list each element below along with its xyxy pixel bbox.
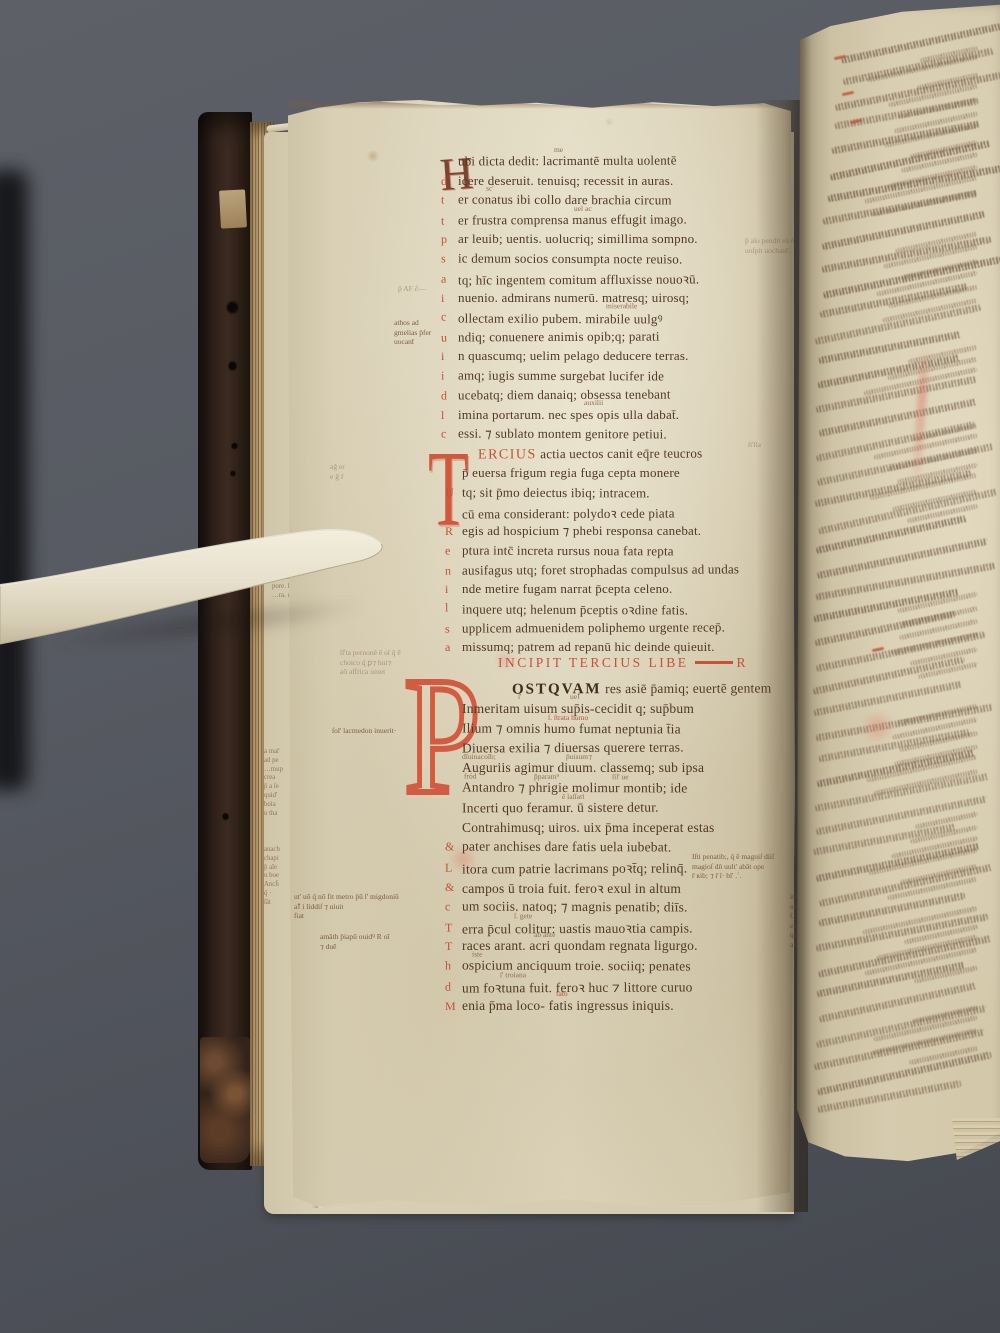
verse-line: hospicium anciquum troie. sociiq; penate…	[462, 958, 691, 975]
verse-line: linquere utq; helenum p̄ceptis oꝛdine fa…	[462, 600, 688, 619]
interlinear-gloss: p̄param⁹	[534, 771, 559, 780]
margin-gloss: athos adgmelias p̄feruocant̄	[394, 318, 431, 347]
versal-letter: L	[445, 861, 453, 876]
verse-line: Auguriis agimur diuum. classemq; sub ips…	[462, 760, 704, 776]
verse-line: inde metire fugam narrat p̄cepta celeno.	[462, 581, 672, 597]
spine-label-patch	[219, 189, 247, 228]
verse-line: ubi dicta dedit: lacrimantē multa uolent…	[458, 153, 677, 170]
wormhole	[231, 442, 238, 450]
verse-text: erra p̄cul colitur: uastis mauoꝛtia camp…	[462, 920, 693, 936]
verse-text: ndiq; conuenere animis opib;q; parati	[458, 328, 660, 344]
verse-line: OSTQVAM res asiē p̄amiq; euertē gentem	[512, 680, 771, 698]
left-page-browned-top-edge	[290, 100, 793, 109]
interlinear-gloss: ſ. ſtrata humo	[548, 712, 588, 721]
verse-text: campos ū troia fuit. feroꝛ exul in altum	[462, 881, 681, 896]
rubric-incipit: INCIPIT TERCIUS LIBER	[498, 655, 748, 671]
versal-letter: t	[441, 192, 445, 207]
versal-letter: i	[441, 349, 445, 364]
verse-line: Traces arant. acri quondam regnata ligur…	[462, 938, 698, 954]
verse-line: sic demum socios consumpta nocte reuiso.	[458, 250, 682, 267]
verse-line: dum foꝛtuna fuit. feroꝛ huc ⁊ littore cu…	[462, 977, 693, 996]
verse-text: tq; sit p̄mo deiectus ibiq; intracem.	[462, 484, 650, 500]
verse-line: Regis ad hospicium ⁊ phebi responsa cane…	[462, 523, 701, 539]
interlinear-gloss: miserabile	[606, 301, 637, 310]
verse-text: um foꝛtuna fuit. feroꝛ huc ⁊ littore cur…	[462, 979, 693, 995]
versal-letter: d	[445, 980, 451, 995]
margin-gloss: amāth p̄iapū ouidꝰ R oī⁊ duē	[320, 932, 390, 951]
verse-text: essi. ⁊ sublato montem genitore petiui.	[458, 426, 667, 442]
versal-letter: i	[441, 291, 445, 306]
verse-line: collectam exilio pubem. mirabile uulgꝰmi…	[458, 309, 663, 328]
verse-text: res asiē p̄amiq; euertē gentem	[602, 680, 772, 696]
interlinear-gloss: ueꝉ	[570, 692, 580, 701]
verse-text: ic demum socios consumpta nocte reuiso.	[458, 250, 682, 266]
verse-line: ERCIUS actia uectos canit eq̄re teucros	[478, 446, 702, 464]
interlinear-gloss: dīuinacoīb;	[462, 752, 496, 761]
interlinear-gloss: fród	[464, 771, 477, 780]
versal-letter: u	[441, 330, 447, 345]
verse-line: ducebatq; diem danaiq; obsessa tenebant	[458, 387, 671, 404]
display-capitals: OSTQVAM	[512, 681, 602, 697]
versal-letter: p	[441, 232, 447, 247]
versal-letter: e	[445, 543, 451, 558]
rubric-line-filler	[695, 661, 733, 664]
versal-letter: T	[445, 920, 453, 935]
versal-letter: M	[445, 999, 456, 1014]
manuscript-photo: …oīeue…gsarlegendiſ…rl- Supore. ſ…ra. ua…	[0, 0, 1000, 1333]
verse-text: actia uectos canit eq̄re teucros	[537, 446, 703, 462]
verse-line: eptura intc̄ increta rursus noua fata re…	[462, 542, 674, 559]
verse-text: tq; hīc ingentem comitum affluxisse nouo…	[458, 271, 699, 287]
verse-text: itora cum patrie lacrimans poꝛt̄q; relin…	[462, 861, 687, 877]
versal-letter: &	[445, 840, 455, 855]
verse-text: ucebatq; diem danaiq; obsessa tenebant	[458, 387, 671, 403]
spine-damage	[200, 1037, 250, 1163]
versal-letter: t	[441, 213, 445, 228]
rubric-text: INCIPIT TERCIUS LIBE	[498, 655, 689, 670]
versal-letter: c	[441, 426, 447, 441]
verse-line: nausifagus utq; foret strophadas compuls…	[462, 561, 739, 578]
verse-text: missumq; patrem ad repanū hic deinde qui…	[462, 639, 715, 654]
verse-line: amissumq; patrem ad repanū hic deinde qu…	[462, 639, 715, 655]
margin-gloss: ag̃ ere g̃ f	[330, 462, 345, 481]
interlinear-gloss: ſ'	[518, 692, 521, 701]
background-shadow-object	[0, 170, 28, 790]
verse-line: Utq; sit p̄mo deiectus ibiq; intracem.	[462, 484, 650, 501]
interlinear-gloss: p̄uisum⁊	[566, 752, 592, 761]
interlinear-gloss: ſ' troiana	[500, 970, 526, 979]
stain	[366, 150, 380, 162]
versal-letter: T	[445, 939, 453, 954]
wormhole	[226, 300, 239, 315]
verse-line: Contrahimusq; uiros. uix p̄ma inceperat …	[462, 820, 715, 836]
versal-letter: i	[445, 582, 449, 597]
wormhole	[222, 812, 229, 821]
interlinear-gloss: ē laſſari	[562, 791, 585, 800]
verse-text: n quascumq; uelim pelago deducere terras…	[458, 348, 689, 363]
interlinear-gloss: ab ante	[534, 930, 555, 939]
verse-text: nde metire fugam narrat p̄cepta celeno.	[462, 581, 672, 596]
stain	[604, 118, 614, 126]
verse-text: ausifagus utq; foret strophadas compulsu…	[462, 561, 739, 577]
interlinear-gloss: me	[554, 145, 563, 154]
versal-letter: h	[445, 959, 451, 974]
versal-letter: a	[445, 640, 451, 655]
verse-text: ospicium anciquum troie. sociiq; penates	[462, 958, 691, 974]
verse-line: Menia p̄ma loco- fatis ingressus iniquis…	[462, 998, 674, 1014]
verse-text: amq; iugis summe surgebat lucifer ide	[458, 367, 664, 383]
versal-letter: a	[441, 272, 447, 287]
verse-text: Auguriis agimur diuum. classemq; sub ips…	[462, 760, 704, 775]
verse-text: ar leuib; uentis. uolucriq; simillima so…	[458, 231, 698, 246]
interlinear-gloss: iste	[472, 949, 482, 958]
wormhole	[230, 470, 236, 477]
versal-letter: l	[441, 408, 445, 423]
verse-text: races arant. acri quondam regnata ligurg…	[462, 938, 698, 953]
verse-line: Terra p̄cul colitur: uastis mauoꝛtia cam…	[462, 918, 693, 937]
verse-line: limina portarum. nec spes opis ulla daba…	[458, 407, 679, 423]
interlinear-gloss: fato	[556, 989, 568, 998]
versal-letter: s	[441, 251, 446, 266]
wormhole	[228, 360, 237, 372]
book-spine-leather	[198, 112, 252, 1170]
interlinear-gloss: uel ac	[574, 203, 592, 212]
interlinear-gloss: ſil' ue	[612, 772, 629, 781]
verse-line: cum sociis. natoq; ⁊ magnis penatib; diī…	[462, 898, 688, 915]
interlinear-gloss: auxilii	[584, 398, 603, 407]
verse-line: &pater anchises dare fatis uela iubebat.	[462, 839, 672, 856]
versal-letter: &	[445, 880, 455, 895]
pigment-smudge	[858, 712, 898, 742]
verse-line: in quascumq; uelim pelago deducere terra…	[458, 348, 689, 364]
verse-line: supplicem admuenidem poliphemo urgente r…	[462, 619, 725, 636]
verse-text: egis ad hospicium ⁊ phebi responsa caneb…	[462, 523, 701, 538]
versal-letter: n	[445, 563, 451, 578]
right-page-corner-edges	[952, 1118, 1000, 1160]
verse-text: p̄ euersa frigum regia fuga cepta monere	[462, 465, 680, 480]
verse-text: um sociis. natoq; ⁊ magnis penatib; diīs…	[462, 898, 688, 914]
verse-line: ter conatus ibi collo dare brachia circu…	[458, 192, 672, 209]
verse-text: er conatus ibi collo dare brachia circum	[458, 192, 672, 208]
versal-letter: l	[445, 601, 449, 616]
verse-line: inuenio. admirans numerū. matresq; uiros…	[458, 290, 689, 306]
versal-letter: s	[445, 621, 450, 636]
rubric-tail: R	[737, 655, 749, 670]
verse-line: &campos ū troia fuit. feroꝛ exul in altu…	[462, 879, 681, 897]
verse-text: Contrahimusq; uiros. uix p̄ma inceperat …	[462, 820, 715, 835]
verse-text: cū ema considerant: polydoꝛ cede piata	[462, 505, 675, 521]
versal-letter: d	[441, 389, 447, 404]
verse-line: Incerti quo feramur. ū sistere detur.ē l…	[462, 799, 659, 816]
verse-text: inquere utq; helenum p̄ceptis oꝛdine fat…	[462, 602, 688, 618]
verse-line: par leuib; uentis. uolucriq; simillima s…	[458, 231, 698, 247]
margin-gloss: ut' uō q̄ nō fit metro p̄ū ſ' migdoniūaꝉ…	[294, 892, 399, 921]
verse-text: Incerti quo feramur. ū sistere detur.	[462, 799, 659, 815]
verse-line: iamq; iugis summe surgebat lucifer ide	[458, 367, 664, 384]
versal-letter: i	[441, 368, 445, 383]
verse-text: ubi dicta dedit: lacrimantē multa uolent…	[458, 153, 677, 169]
verse-text: ollectam exilio pubem. mirabile uulgꝰ	[458, 311, 663, 327]
verse-text: upplicem admuenidem poliphemo urgente re…	[462, 619, 725, 635]
verse-text: nuenio. admirans numerū. matresq; uirosq…	[458, 290, 689, 305]
interlinear-gloss: sc'	[486, 183, 494, 192]
verse-line: Litora cum patrie lacrimans poꝛt̄q; reli…	[462, 859, 687, 878]
verse-text: enia p̄ma loco- fatis ingressus iniquis.	[462, 998, 674, 1013]
verse-line: cessi. ⁊ sublato montem genitore petiui.	[458, 426, 667, 443]
verse-line: cū ema considerant: polydoꝛ cede piata	[462, 503, 675, 522]
verse-line: undiq; conuenere animis opib;q; parati	[458, 328, 660, 345]
margin-gloss: ſol' lacmedon inuerit·	[332, 726, 396, 736]
verse-text: er frustra comprensa manus effugit imago…	[458, 211, 687, 227]
verse-line: p̄ euersa frigum regia fuga cepta monere	[462, 465, 680, 481]
versal-letter: d	[441, 174, 447, 189]
verse-text: Ilium ⁊ omnis humo fumat neptunia t̄ia	[462, 720, 681, 736]
versal-letter: R	[445, 524, 453, 539]
versal-letter: c	[441, 309, 447, 324]
red-capitals: ERCIUS	[478, 447, 537, 462]
margin-gloss: p̄ AF ∂—	[398, 284, 426, 294]
verse-line: atq; hīc ingentem comitum affluxisse nou…	[458, 269, 699, 288]
verse-text: imina portarum. nec spes opis ulla dabat…	[458, 407, 679, 422]
verse-line: Ilium ⁊ omnis humo fumat neptunia t̄iaſ.…	[462, 720, 681, 737]
margin-gloss: ſſ'ta pernonē ē oī q̄ ēchoico q̄ ꝑ⁊ hui⁊…	[340, 648, 401, 677]
versal-letter: U	[445, 485, 454, 500]
verse-text: pater anchises dare fatis uela iubebat.	[462, 839, 672, 855]
verse-line: ter frustra comprensa manus effugit imag…	[458, 211, 687, 228]
versal-letter: c	[445, 899, 451, 914]
interlinear-gloss: ſ. gete	[514, 910, 532, 919]
verse-text: ptura intc̄ increta rursus noua fata rep…	[462, 542, 674, 558]
